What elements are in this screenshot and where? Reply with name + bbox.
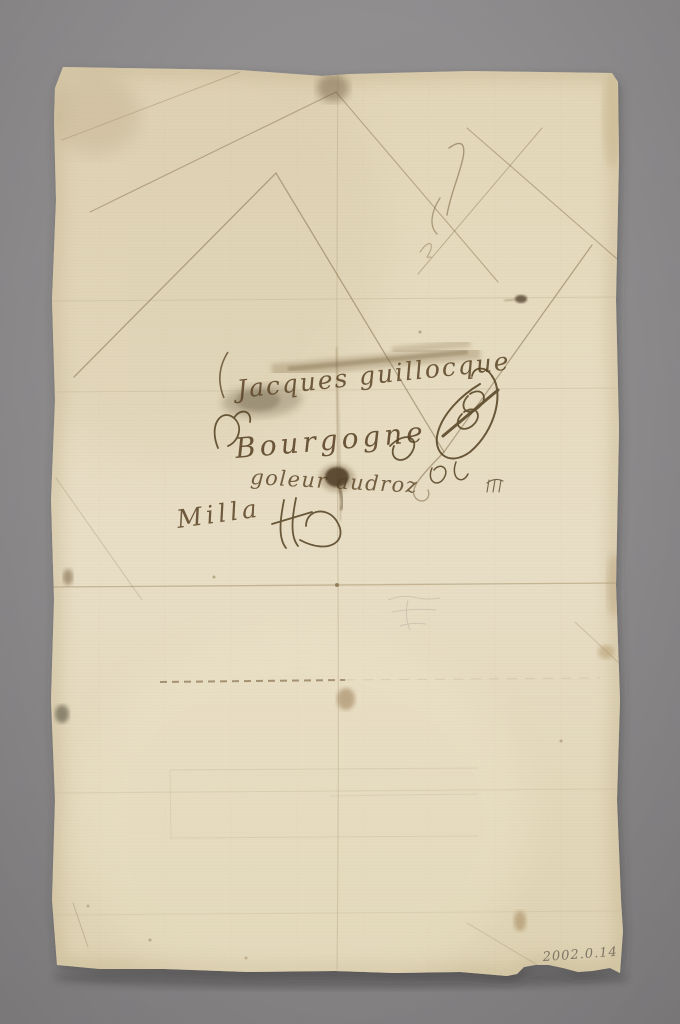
smudge-top-edge [317, 74, 349, 102]
brown-stain-center [337, 688, 355, 710]
left-edge-spot [55, 705, 69, 723]
speck [149, 939, 152, 942]
manuscript-photo: Jacques guillocque Bourgogne goleur audr… [0, 0, 680, 1024]
graphite-shading-top-left [50, 75, 140, 155]
speck [560, 740, 563, 743]
right-stain-small [598, 645, 614, 659]
ink-blot-halo [319, 464, 355, 492]
aging-tone-right-streak [607, 553, 621, 617]
speck [245, 957, 248, 960]
speck [213, 576, 216, 579]
right-brown-stain [514, 911, 526, 931]
speck [419, 331, 422, 334]
fold-intersection-spot [335, 583, 339, 587]
left-fold-spot [63, 569, 73, 585]
dark-fleck-right [515, 295, 527, 303]
aging-tone-right-edge [603, 72, 621, 168]
aging-tone-bottom-light [70, 630, 530, 1010]
speck [87, 905, 90, 908]
